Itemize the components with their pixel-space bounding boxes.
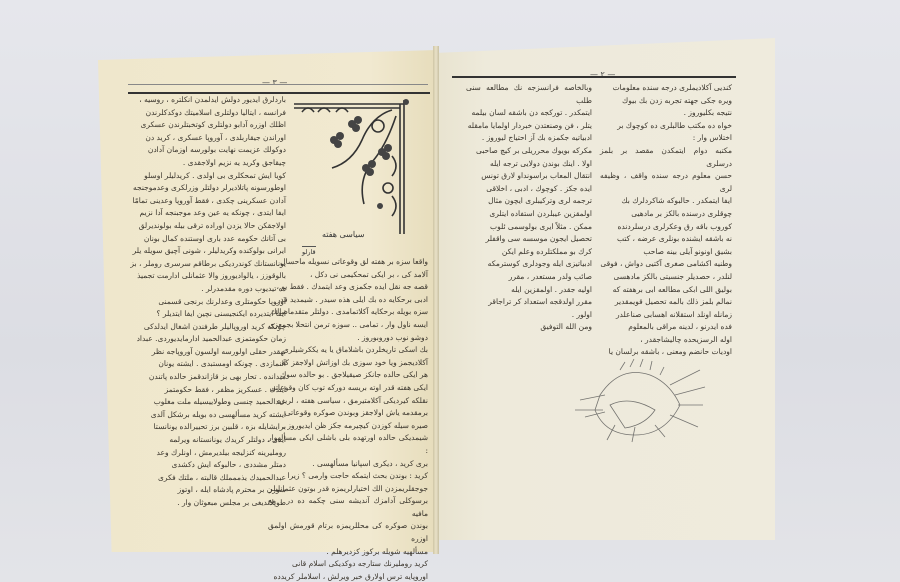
right-page-column-right: كنديى آكلاديملرى درجه سنده معلوماتويره ج… [600,82,732,359]
text-line: وبالخاصه فرانسزجه نك مطالعه سنى طلب [466,82,592,107]
text-line: اوراندن جيقاربلدى ، آوروپا عسكرى ، كريد … [124,132,286,145]
text-line: چونكه كريد اوروپاليلر طرفندن اشغال ايدلد… [124,321,286,334]
text-line: زمان حكومتمزى عبدالحميد ادارمايديوردى. ع… [124,333,286,346]
text-line: ايده جكز . كوچوك ، ادبى ، اخلاقى [466,183,592,196]
text-line: نهقدر حقلى اولورسه اولسون آوروپاجه نظر [124,346,286,359]
wreath-illustration-icon [560,355,710,450]
text-line: لنلدر ، حصديلر جنسيتى بالكز مادهسى [600,271,732,284]
text-line: عبدالحميد چنسى وطولاييسيله ملت مغلوب [124,396,286,409]
text-line: اوطورسونه پاتلاديرلر دولتلر وزرلكرى وعدم… [124,182,286,195]
left-page-column-right: باردلرق ايديور دولش ايدلمدن انكلتره ، رو… [124,94,286,510]
text-line: انتقال المعاب براسونداو لارق تونس [466,170,592,183]
text-line: حسن معلوم درجه سنده واقف ، وظيفه لرى [600,170,732,195]
text-line: عبدالحميدك يذممملك قالبته ، ملتك فكرى [124,472,286,485]
text-line: ترجمه لرى وتركيبلرى ايچون مثال [466,195,592,208]
text-line: بشيق اونونو آيلى بينه صاحب [600,246,732,259]
text-line: فده ايدرنو ، لدينه مراقى بالمعلوم [600,321,732,334]
text-line: آلامد كى ، بر ايكى تمحكيمى نى دكل ، [268,269,428,282]
text-line: كريد : بوندن بحث ايتمكه حاجت وارمى ؟ زير… [268,470,428,483]
text-line: نقلكه كيرديكى آكلامتيرمق ، سياسى هفته ، … [268,395,428,408]
text-line: صائب ولدر مستعدر ، مقرر [466,271,592,284]
text-line: طوپلانديغى بر مجلس مبعوثان وار . [124,497,286,510]
text-line: خواه ده مكتب طالبلرى ده كوچوك بر [600,120,732,133]
text-line: ادبياتيه جكمزه بك آز احتياج ليوروز . [466,132,592,145]
text-line: قصه جه نقل ايده جكمزى وعد ايتمدك . فقط ب… [268,281,428,294]
text-line: بك اسكى تاريخلردن باشلاماق يا يه يككرشيل… [268,344,428,357]
text-line: رومليرينه كنزليجه بيلديرمش ، اونلرك وعد [124,447,286,460]
text-line: برى كريد ، ديكرى اسپانيا مسألهسى . [268,458,428,471]
text-line: ايفا ايتديرده ايكنجيسنى نچين ايفا ايتديل… [124,308,286,321]
text-line: آوروپا حكومتلرى وعدلرنك برنجى قسمنى [124,296,286,309]
text-line: ممكن . مثلاً ايرى بولوسمى ئلوب [466,221,592,234]
text-line: باردلرق ايديور دولش ايدلمدن انكلتره ، رو… [124,94,286,107]
text-line: نمالم بلمز ذلك بالمه تحصيل قويمقدير [600,296,732,309]
text-line: اظلك اوزره آدابو دولتلرى كوتخبتلرندن عسك… [124,119,286,132]
text-line: برسوكلى آدامزك آنديشه سنى چكمه ده در . م… [268,495,428,520]
right-page-column-left: وبالخاصه فرانسزجه نك مطالعه سنى طلبايتمك… [466,82,592,334]
text-line: كرك بو مملكتلرده وعلم ايكن [466,246,592,259]
text-line: بى آتانك حكومه عدد بارى اوستنده كمال بون… [124,233,286,246]
text-line: وطنيه اكشامى صغرى آكتيى دواش ، فوقى [600,258,732,271]
text-line: بالوقوزز ، يالواديوروز والا عثمانلى ادار… [124,270,286,283]
text-line: مقرر اولدقجه استعداد كر تراجاقر [466,296,592,309]
left-page-column-left: واقعا سزه بر هفته لق وقوعاتى نسويله ماحس… [268,256,428,582]
text-line: ايرانى بولوكنده وكريدليلر ، شونى آچيق سو… [124,245,286,258]
text-line: ويره جكى جهته تجربه زدن بك بيوك [600,95,732,108]
text-line: كنديى آكلاديملرى درجه سنده معلومات [600,82,732,95]
text-line: ادبياتيزى ايله وجودلرى كوسترمكه [466,258,592,271]
text-line: دمتلر مشددى ، حالبوكه ايش دكشدى [124,459,286,472]
text-line: دوشو نوب دوروبوروز . [268,332,428,345]
text-line: كوروب باقه رق وعكرلرى درسلردنده [600,221,732,234]
text-line: جوجقلريمزدن الك اختيارلريمزه قدر بوتون ع… [268,483,428,496]
text-line: چوقلرى درسنده بالكز بر مادهيى [600,208,732,221]
text-line: اولا . اينك بوندن دولايى ترجه ايله [466,158,592,171]
text-line: مكركه بويوك محرريلى بر كيچ صاحبى [466,145,592,158]
text-line: فرانسه ، ايتاليا دولتلرى اسلاميتك دوكدكل… [124,107,286,120]
text-line: سورن بر محترم پادشاه ايله ، اوتوز [124,484,286,497]
text-line: آلنمازدى . چونكه اومستبدى . ايشته يونان [124,358,286,371]
text-line: ايسه ناول وار ، تمامى .. سوزه ترمن انتحل… [268,319,428,332]
text-line: يتلر ، فن وصنعتدن خبردار اولمايا مامقله [466,120,592,133]
text-line: اولمقزين عيبلردن استفاده ايتلرى [466,208,592,221]
left-page-number: — ٣ — [262,78,287,87]
text-line: اختلاس وار : [600,132,732,145]
text-line: برمقدمه ياش اولاجقز وبوندن صوكره وقوعاتى [268,407,428,420]
text-line: اوروپايه ترس اولارق خبر ويرلش ، اسلاملر … [268,571,428,582]
text-line: كريد رومليرنك ستارجه دوكديكى اسلام قانى [268,558,428,571]
text-line: نتيجه بكليوروز . [600,107,732,120]
text-line: آكلاديجمز ويا خود سوزى بك اوزاتش اولاجقز… [268,357,428,370]
right-header-rule [452,76,736,78]
text-line: آدادن عسكرينى چكدى ، فقط آوروپا وعدينى ت… [124,195,286,208]
floral-corner-ornament-icon [292,96,412,236]
text-line: ايتمكدر . توركجه دن باشقه لسان بيلمه [466,107,592,120]
text-line: ايتدك . عسكريز مظفر ، فقط حكومتمز [124,384,286,397]
text-line: ايكى هفته قدر اوته بريسه دوركه توب كان و… [268,382,428,395]
text-line: زمانله اونلد استقلانه اهسابى صناعلدر [600,309,732,322]
book-spine [433,46,439,554]
text-line: سزه بويله برحكايه آكلاتمامدى . دولتلر مت… [268,306,428,319]
text-line: مكتبه دوام ايتمكدن مقصد بر بلمز درسلرى [600,145,732,170]
text-line: اوله الرسزيحده چاليشاجقدر ، [600,334,732,347]
section-byline: قارلو [302,246,316,256]
text-line: اولاجقكن حالا يزدن اوراده ترقى بيله بولو… [124,220,286,233]
text-line: ومن الله التوفيق [466,321,592,334]
text-line: ايفا ايتمكدر . حالبوكه شاكردلرك بك [600,195,732,208]
text-line: نه باشقه ايشنده بونلرى عرضه ، كتب [600,233,732,246]
text-line: اوليه جقدر . اولمقزين ايله [466,284,592,297]
text-line: ميدانده . تحار بهى بز قازاندقمز حالده پا… [124,371,286,384]
text-line: مسألهيه شويله بركوز كزديرهلم . [268,546,428,559]
text-line: هر ايكى حالده جانكز صيقيلاجق . بو حالده … [268,369,428,382]
header-thin-rule [128,84,428,85]
text-line: ادبى برحكايه ده بك ايلى هذه سيدر . شيمدي… [268,294,428,307]
text-line: ده تيديوب دوره مقدمدرلر . [124,283,286,296]
text-line: ايدى ، دولتلر كريدك يونانستانه ويرلمه [124,434,286,447]
text-line: ايشته كريد مسألهسى ده بويله برشكل آلدى [124,409,286,422]
text-line: شيمديكى حالده اورتهده بلى باشلى ايكى مسأ… [268,432,428,457]
text-line: اولور . [466,309,592,322]
text-line: بوليق اللى ابكى مطالعه ابى برهفته كه [600,284,732,297]
text-line: واقعا سزه بر هفته لق وقوعاتى نسويله ماحس… [268,256,428,269]
text-line: دوكولك عزيمت نهايت بولورسه اوزمان آدادن [124,144,286,157]
text-line: چيقاجق وكريد يه نزيم اولاجقدى . [124,157,286,170]
text-line: ايفا ايتدى ، چونكه يه عين وعد موجبنجه آد… [124,207,286,220]
section-title: سياسى هفته [322,230,364,239]
text-line: بوندن صوكره كى محللريمزه برتام قورمش اول… [268,520,428,545]
text-line: برايشايله بزه ، قلبين برز تحييرالده يونا… [124,421,286,434]
text-line: تحصيل ايجون موسسه سى واقفلر [466,233,592,246]
text-line: يونانستانك كوندرديكى برطاقم سرسرى روملر … [124,258,286,271]
text-line: كويا ايش تمحكلرى بى اولدى . كريدليلر اوس… [124,170,286,183]
text-line: صيره سيله كوزدن كيچيرمه جكز ظن ايديوروز … [268,420,428,433]
